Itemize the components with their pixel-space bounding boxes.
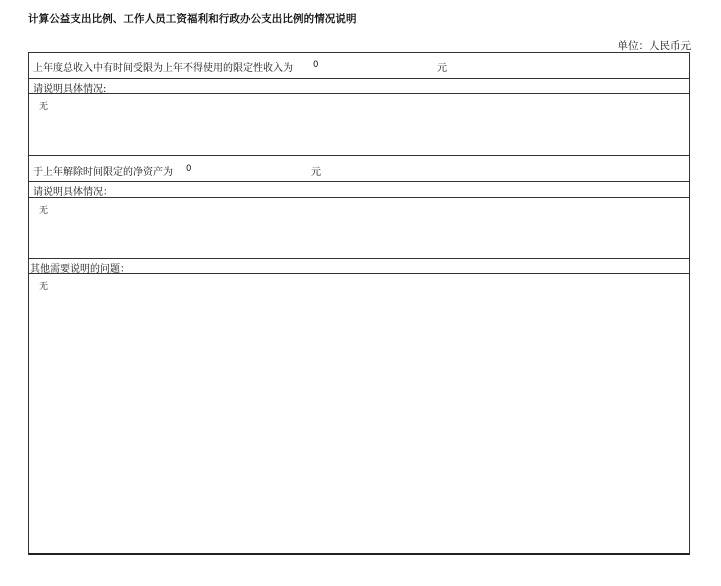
other-issues-text: 无 [39, 279, 48, 292]
explain-box-1[interactable]: 无 [29, 94, 689, 156]
other-issues-label: 其他需要说明的问题： [30, 260, 130, 275]
explanation-form: 上年度总收入中有时间受限为上年不得使用的限定性收入为 0 元 请说明具体情况: … [28, 52, 690, 555]
explain-label-2: 请说明具体情况： [33, 183, 113, 198]
restricted-income-value[interactable]: 0 [313, 60, 318, 70]
explain-label-1: 请说明具体情况: [33, 80, 106, 95]
restricted-income-row: 上年度总收入中有时间受限为上年不得使用的限定性收入为 0 元 [29, 53, 689, 79]
released-assets-row: 于上年解除时间限定的净资产为 0 元 [29, 156, 689, 182]
explain-box-2[interactable]: 无 [29, 198, 689, 259]
explain-text-2: 无 [39, 203, 48, 216]
explain-text-1: 无 [39, 99, 48, 112]
explain-header-2: 请说明具体情况： [29, 182, 689, 198]
restricted-income-label: 上年度总收入中有时间受限为上年不得使用的限定性收入为 [33, 59, 293, 74]
released-assets-currency: 元 [311, 163, 321, 178]
other-issues-header: 其他需要说明的问题： [29, 259, 689, 274]
released-assets-label: 于上年解除时间限定的净资产为 [33, 163, 173, 178]
page-title: 计算公益支出比例、工作人员工资福利和行政办公支出比例的情况说明 [28, 11, 357, 26]
explain-header-1: 请说明具体情况: [29, 79, 689, 94]
other-issues-box[interactable]: 无 [29, 274, 689, 553]
unit-label: 单位：人民币元 [618, 38, 692, 53]
released-assets-value[interactable]: 0 [186, 164, 191, 174]
restricted-income-currency: 元 [437, 59, 447, 74]
